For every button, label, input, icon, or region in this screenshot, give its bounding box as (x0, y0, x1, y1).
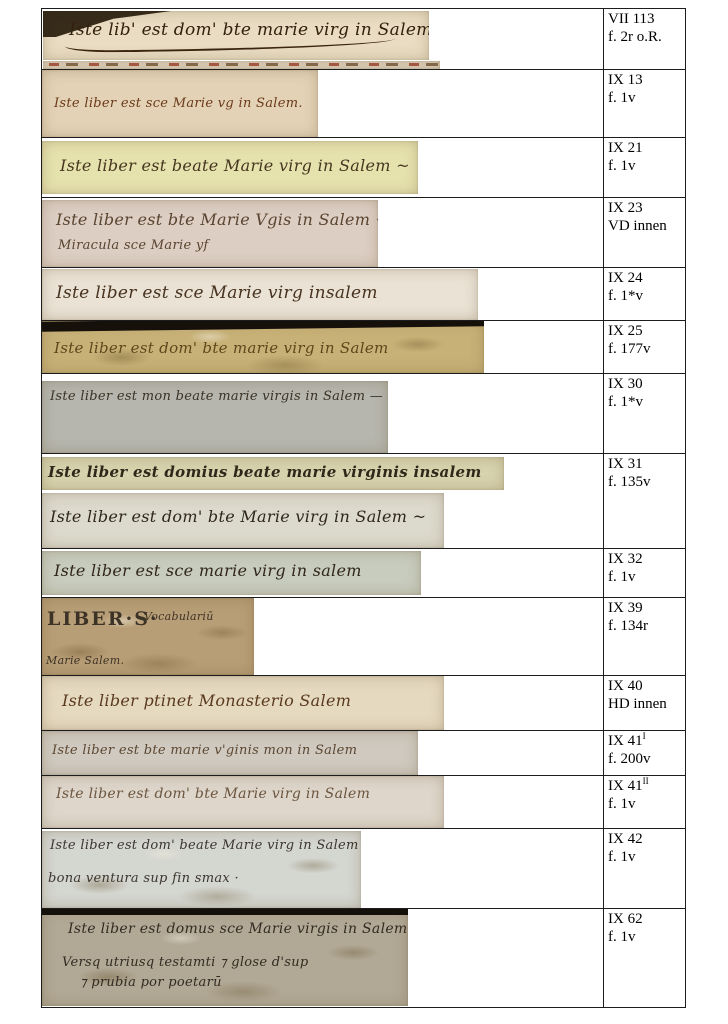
signature-cell: IX 39f. 134r (604, 598, 685, 675)
shelfmark: IX 25 (608, 322, 681, 340)
inscription-text: bona ventura sup fin smax · (48, 871, 239, 886)
manuscript-scan-image: Iste liber est bte Marie Vgis in Salem ·… (42, 200, 378, 267)
manuscript-scan-image: Iste liber est dom' bte Marie virg in Sa… (42, 776, 444, 828)
manuscript-scan-image: Iste lib' est dom' bte marie virg in Sal… (43, 11, 429, 60)
table-row: Iste liber est sce marie virg in salemIX… (42, 549, 685, 598)
inscription-image-cell: LIBER·S·VocabulariūMarie Salem. (42, 598, 604, 675)
table-row: Iste liber est bte Marie Vgis in Salem ·… (42, 198, 685, 268)
signature-cell: IX 13f. 1v (604, 70, 685, 137)
table-row: Iste liber est dom' beate Marie virg in … (42, 829, 685, 909)
dark-edge-band (42, 321, 484, 332)
inscription-text: Iste lib' est dom' bte marie virg in Sal… (69, 20, 429, 40)
signature-cell: IX 30f. 1*v (604, 374, 685, 453)
inscription-text: Iste liber est bte Marie Vgis in Salem · (56, 210, 378, 229)
inscription-text: Miracula sce Marie yf (58, 238, 209, 253)
inscription-text: Marie Salem. (46, 654, 124, 667)
table-row: Iste liber est domius beate marie virgin… (42, 454, 685, 549)
folio-reference: f. 1v (608, 795, 681, 813)
manuscript-scan-image: Iste liber est dom' beate Marie virg in … (42, 831, 361, 908)
table-row: Iste liber est dom' bte marie virg in Sa… (42, 321, 685, 374)
shelfmark: IX 24 (608, 269, 681, 287)
shelfmark-text: IX 32 (608, 551, 643, 567)
inscription-text: Iste liber est sce Marie vg in Salem. (54, 96, 303, 111)
shelfmark-text: IX 21 (608, 140, 643, 156)
folio-reference: f. 134r (608, 617, 681, 635)
table-row: Iste liber ptinet Monasterio SalemIX 40H… (42, 676, 685, 731)
inscription-image-cell: Iste liber est bte Marie Vgis in Salem ·… (42, 198, 604, 267)
shelfmark: IX 42 (608, 830, 681, 848)
inscription-text: Iste liber est dom' bte marie virg in Sa… (54, 339, 389, 357)
table-row: Iste liber est beate Marie virg in Salem… (42, 138, 685, 198)
inscription-text: Iste liber est dom' beate Marie virg in … (50, 838, 361, 853)
folio-reference: f. 2r o.R. (608, 28, 681, 46)
shelfmark-superscript: II (643, 776, 649, 786)
folio-reference: f. 1*v (608, 287, 681, 305)
inscription-image-cell: Iste liber est dom' bte Marie virg in Sa… (42, 776, 604, 828)
signature-cell: IX 31f. 135v (604, 454, 685, 548)
manuscript-scan-image: Iste liber est sce marie virg in salem (42, 551, 421, 595)
shelfmark: IX 31 (608, 455, 681, 473)
inscription-text: Iste liber est domius beate marie virgin… (48, 463, 482, 481)
manuscript-scan-image: Iste liber ptinet Monasterio Salem (42, 676, 444, 730)
manuscript-scan-image (43, 61, 440, 69)
inscription-image-cell: Iste liber est domus sce Marie virgis in… (42, 909, 604, 1007)
inscription-image-cell: Iste liber est bte marie v'ginis mon in … (42, 731, 604, 775)
manuscript-scan-image: Iste liber est beate Marie virg in Salem… (42, 141, 418, 194)
signature-cell: IX 25f. 177v (604, 321, 685, 373)
table-row: Iste liber est mon beate marie virgis in… (42, 374, 685, 454)
shelfmark: IX 23 (608, 199, 681, 217)
folio-reference: f. 1v (608, 157, 681, 175)
manuscript-scan-image: Iste liber est sce Marie virg insalem (42, 269, 478, 320)
shelfmark-text: IX 24 (608, 270, 643, 286)
shelfmark: IX 32 (608, 550, 681, 568)
scanned-document-page: { "table": { "rows": [ { "shelfmark": "V… (0, 0, 728, 1024)
signature-cell: IX 62f. 1v (604, 909, 685, 1007)
shelfmark-text: IX 23 (608, 200, 643, 216)
shelfmark-text: IX 41 (608, 778, 643, 794)
inscription-text: Iste liber est bte marie v'ginis mon in … (52, 743, 357, 758)
shelfmark-text: IX 41 (608, 733, 643, 749)
manuscript-scan-image: Iste liber est domius beate marie virgin… (42, 457, 504, 490)
manuscript-scan-image: Iste liber est mon beate marie virgis in… (42, 381, 388, 453)
inscription-image-cell: Iste liber est dom' bte marie virg in Sa… (42, 321, 604, 373)
inscription-text: Iste liber est domus sce Marie virgis in… (68, 921, 408, 937)
table-row: Iste lib' est dom' bte marie virg in Sal… (42, 9, 685, 70)
table-row: Iste liber est dom' bte Marie virg in Sa… (42, 776, 685, 829)
folio-reference: f. 1v (608, 89, 681, 107)
manuscript-scan-image: Iste liber est bte marie v'ginis mon in … (42, 731, 418, 775)
signature-cell: VII 113f. 2r o.R. (604, 9, 685, 69)
inscription-image-cell: Iste lib' est dom' bte marie virg in Sal… (42, 9, 604, 69)
inscription-text: Vocabulariū (144, 610, 214, 623)
manuscript-scan-image: LIBER·S·VocabulariūMarie Salem. (42, 598, 254, 675)
shelfmark-text: IX 25 (608, 323, 643, 339)
inscription-image-cell: Iste liber est mon beate marie virgis in… (42, 374, 604, 453)
inscription-text: LIBER·S· (47, 608, 159, 630)
inscription-image-cell: Iste liber est beate Marie virg in Salem… (42, 138, 604, 197)
signature-cell: IX 41If. 200v (604, 731, 685, 775)
signature-cell: IX 21f. 1v (604, 138, 685, 197)
folio-reference: f. 200v (608, 750, 681, 768)
folio-reference: f. 1v (608, 848, 681, 866)
inscription-text: Iste liber est sce Marie virg insalem (56, 283, 378, 303)
shelfmark: IX 13 (608, 71, 681, 89)
signature-cell: IX 41IIf. 1v (604, 776, 685, 828)
signature-cell: IX 24f. 1*v (604, 268, 685, 320)
shelfmark-text: IX 13 (608, 72, 643, 88)
inscription-text: Iste liber est dom' bte Marie virg in Sa… (50, 507, 426, 526)
inscription-image-cell: Iste liber ptinet Monasterio Salem (42, 676, 604, 730)
shelfmark: IX 39 (608, 599, 681, 617)
folio-reference: f. 1*v (608, 393, 681, 411)
dark-edge-band (42, 909, 408, 915)
signature-cell: IX 42f. 1v (604, 829, 685, 908)
signature-cell: IX 40HD innen (604, 676, 685, 730)
shelfmark-text: IX 40 (608, 678, 643, 694)
inscription-text: Iste liber est dom' bte Marie virg in Sa… (56, 786, 370, 802)
shelfmark-text: VII 113 (608, 11, 655, 27)
table-row: Iste liber est bte marie v'ginis mon in … (42, 731, 685, 776)
signature-cell: IX 23VD innen (604, 198, 685, 267)
table-row: LIBER·S·VocabulariūMarie Salem.IX 39f. 1… (42, 598, 685, 676)
folio-reference: VD innen (608, 217, 681, 235)
shelfmark: VII 113 (608, 10, 681, 28)
shelfmark-text: IX 39 (608, 600, 643, 616)
shelfmark-text: IX 31 (608, 456, 643, 472)
table-row: Iste liber est domus sce Marie virgis in… (42, 909, 685, 1007)
inscription-text: Iste liber est mon beate marie virgis in… (50, 389, 383, 404)
table-row: Iste liber est sce Marie virg insalemIX … (42, 268, 685, 321)
folio-reference: f. 177v (608, 340, 681, 358)
provenance-table: Iste lib' est dom' bte marie virg in Sal… (41, 8, 686, 1008)
inscription-image-cell: Iste liber est sce Marie virg insalem (42, 268, 604, 320)
shelfmark: IX 21 (608, 139, 681, 157)
inscription-text: Iste liber est beate Marie virg in Salem… (60, 156, 410, 175)
manuscript-scan-image: Iste liber est dom' bte Marie virg in Sa… (42, 493, 444, 548)
signature-cell: IX 32f. 1v (604, 549, 685, 597)
inscription-image-cell: Iste liber est domius beate marie virgin… (42, 454, 604, 548)
shelfmark-superscript: I (643, 731, 646, 741)
table-row: Iste liber est sce Marie vg in Salem.IX … (42, 70, 685, 138)
inscription-text: Iste liber est sce marie virg in salem (54, 561, 362, 580)
folio-reference: HD innen (608, 695, 681, 713)
manuscript-scan-image: Iste liber est dom' bte marie virg in Sa… (42, 321, 484, 373)
inscription-image-cell: Iste liber est sce Marie vg in Salem. (42, 70, 604, 137)
inscription-image-cell: Iste liber est dom' beate Marie virg in … (42, 829, 604, 908)
shelfmark-text: IX 42 (608, 831, 643, 847)
shelfmark: IX 30 (608, 375, 681, 393)
shelfmark: IX 41I (608, 732, 681, 750)
shelfmark-text: IX 62 (608, 911, 643, 927)
shelfmark-text: IX 30 (608, 376, 643, 392)
inscription-text: Iste liber ptinet Monasterio Salem (62, 691, 351, 710)
inscription-text: Versq utriusq testamti ⁊ glose d'sup (62, 955, 309, 970)
folio-reference: f. 1v (608, 928, 681, 946)
shelfmark: IX 40 (608, 677, 681, 695)
shelfmark: IX 62 (608, 910, 681, 928)
manuscript-scan-image: Iste liber est sce Marie vg in Salem. (42, 70, 318, 137)
folio-reference: f. 135v (608, 473, 681, 491)
inscription-image-cell: Iste liber est sce marie virg in salem (42, 549, 604, 597)
shelfmark: IX 41II (608, 777, 681, 795)
folio-reference: f. 1v (608, 568, 681, 586)
manuscript-scan-image: Iste liber est domus sce Marie virgis in… (42, 909, 408, 1006)
inscription-text: ⁊ prubia por poetarū (80, 975, 222, 990)
